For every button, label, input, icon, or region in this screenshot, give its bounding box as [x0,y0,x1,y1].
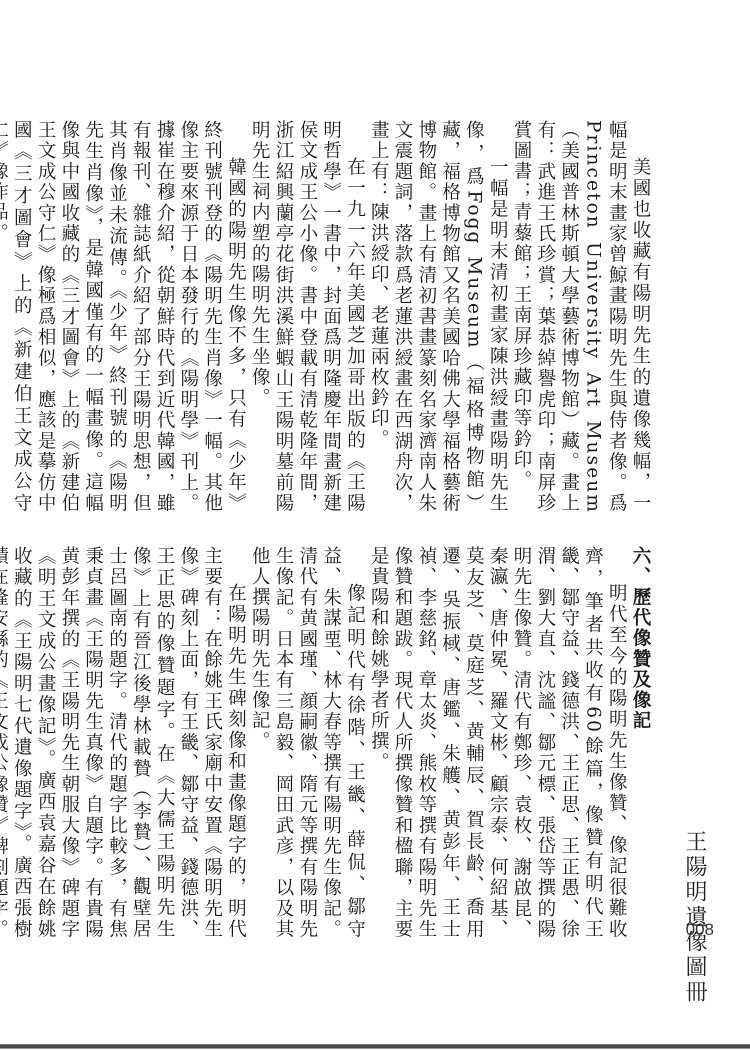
bottom-divider [0,1044,750,1049]
paragraph-korea-portraits: 韓國的陽明先生像不多，只有《少年》終刊號刊登的《陽明先生肖像》一幅。其他像主要來… [0,120,247,514]
paragraph-portrait-records: 像記明代有徐階、王畿、薛侃、鄒守益、朱謀垔、林大春等撰有陽明先生像記。清代有黄國… [247,546,366,940]
paragraph-portrait-eulogies: 明代至今的陽明先生像贊、像記很難收齊，筆者共收有60餘篇，像贊有明代王畿、鄒守益… [366,546,628,940]
section-heading: 六、歷代像贊及像記 [628,546,652,940]
running-title: 王陽明遺像圖冊 [679,830,710,1005]
paragraph-inscriptions: 在陽明先生碑刻像和畫像題字的，明代主要有：在餘姚王氏家廟中安置《陽明先生像》碑刻… [0,546,247,940]
paragraph-fogg-portrait: 一幅是明末清初畫家陳洪綬畫陽明先生像，爲Fogg Museum（福格博物館）藏，… [366,120,509,514]
upper-text-block: 美國也收藏有陽明先生的遺像幾幅，一幅是明末畫家曾鯨畫陽明先生與侍者像。爲Prin… [122,120,652,514]
paragraph-us-collections: 美國也收藏有陽明先生的遺像幾幅，一幅是明末畫家曾鯨畫陽明先生與侍者像。爲Prin… [509,120,652,514]
page-number: 008 [686,920,714,940]
paragraph-chicago-book: 在一九一六年美國芝加哥出版的《王陽明哲學》一書中，封面爲明隆慶年間畫新建侯文成王… [247,120,366,514]
lower-text-block: 六、歷代像贊及像記 明代至今的陽明先生像贊、像記很難收齊，筆者共收有60餘篇，像… [122,546,652,940]
